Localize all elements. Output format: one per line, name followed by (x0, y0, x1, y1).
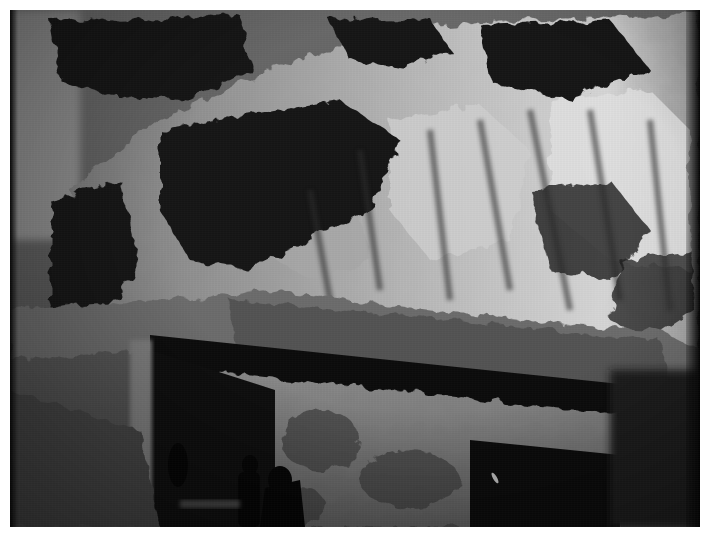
film-frame (10, 10, 700, 527)
frame-edge-right (686, 10, 700, 527)
ground-light (180, 500, 240, 508)
frame-edge-left (10, 10, 18, 527)
right-doorway (470, 440, 620, 527)
scene (10, 10, 700, 527)
